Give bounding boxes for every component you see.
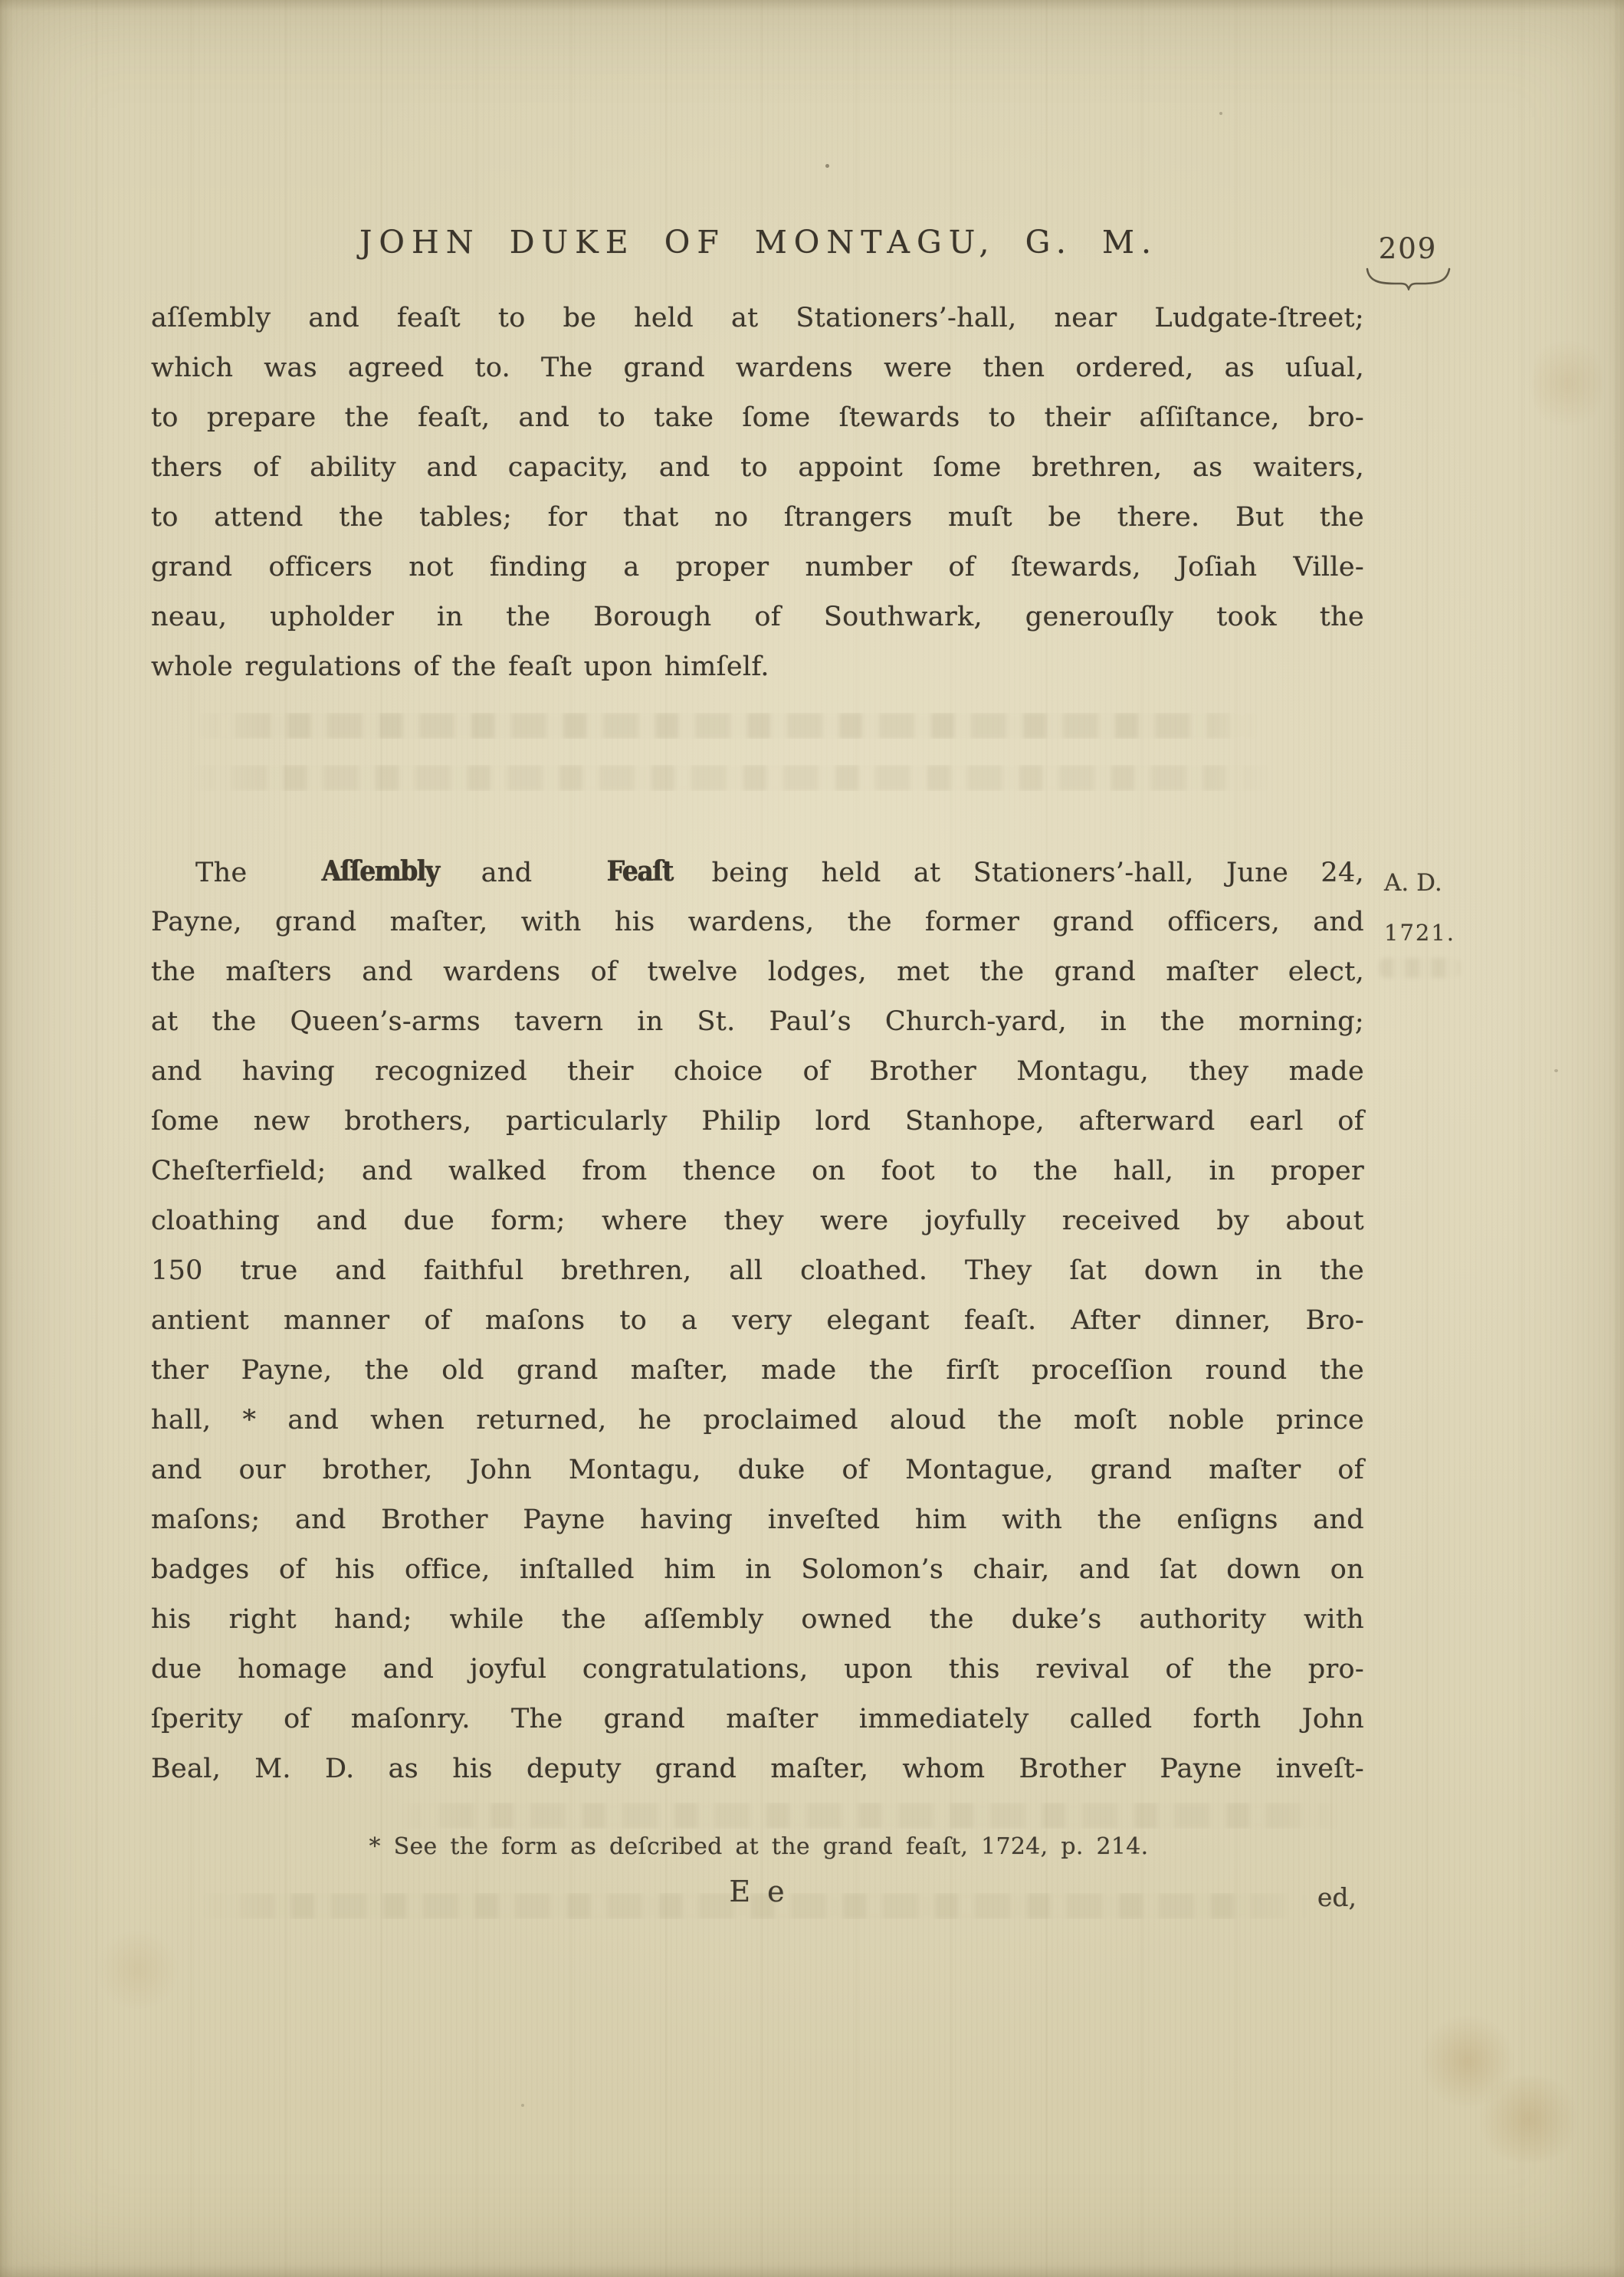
page-number: 209 [1379,232,1438,265]
text-line: Cheſterfield; and walked from thence on … [151,1147,1364,1196]
show-through-artifact [399,1803,1341,1829]
show-through-artifact [1380,958,1460,978]
text-line: to attend the tables; for that no ſtrang… [151,493,1364,543]
text-line: cloathing and due form; where they were … [151,1196,1364,1246]
paragraph-1: aſſembly and feaſt to be held at Station… [151,294,1364,692]
paragraph-2: The Aſſembly and Feaſt being held at Sta… [151,848,1364,1794]
text-line: the maſters and wardens of twelve lodges… [151,947,1364,997]
running-header: JOHN DUKE OF MONTAGU, G. M. [153,224,1364,261]
blackletter-word: Aſſembly [280,845,438,897]
text-line: ther Payne, the old grand maſter, made t… [151,1346,1364,1396]
text-line: badges of his office, inſtalled him in S… [151,1545,1364,1595]
page-number-block: 209 [1350,232,1465,290]
margin-note: A. D. 1721. [1384,858,1455,958]
paper-speck [1554,1069,1558,1072]
catchword: ed, [1127,1882,1357,1912]
text-line: antient manner of maſons to a very elega… [151,1296,1364,1346]
stain-spot [1471,2077,1586,2161]
paper-speck [1219,112,1222,115]
text-line: at the Queen’s-arms tavern in St. Paul’s… [151,997,1364,1047]
text-line: due homage and joyful congratulations, u… [151,1645,1364,1695]
text-line: grand officers not finding a proper numb… [151,543,1364,592]
text-line: aſſembly and feaſt to be held at Station… [151,294,1364,343]
text-line: whole regulations of the feaſt upon himſ… [151,642,1364,692]
margin-note-line-2: 1721. [1384,908,1455,958]
show-through-artifact [192,765,1272,791]
text-line: and our brother, John Montagu, duke of M… [151,1445,1364,1495]
text-segment: and [448,858,564,888]
text-line: hall, * and when returned, he proclaimed… [151,1396,1364,1445]
text-line: neau, upholder in the Borough of Southwa… [151,592,1364,642]
text-line: ſperity of maſonry. The grand maſter imm… [151,1695,1364,1744]
text-line: his right hand; while the aſſembly owned… [151,1595,1364,1645]
text-line: Beal, M. D. as his deputy grand maſter, … [151,1744,1364,1794]
text-line: thers of ability and capacity, and to ap… [151,443,1364,493]
blackletter-word: Feaſt [565,845,673,897]
paper-speck [521,2104,524,2107]
paper-speck [825,164,829,168]
text-line: and having recognized their choice of Br… [151,1047,1364,1097]
book-page: JOHN DUKE OF MONTAGU, G. M. 209 aſſembly… [0,0,1624,2277]
text-line: maſons; and Brother Payne having inveſte… [151,1495,1364,1545]
text-line: The Aſſembly and Feaſt being held at Sta… [151,848,1364,897]
margin-note-line-1: A. D. [1384,858,1455,908]
text-line: which was agreed to. The grand wardens w… [151,343,1364,393]
text-line: 150 true and faithful brethren, all cloa… [151,1246,1364,1296]
text-line: ſome new brothers, particularly Philip l… [151,1097,1364,1147]
show-through-artifact [195,713,1261,739]
text-line: Payne, grand maſter, with his wardens, t… [151,897,1364,947]
stain-spot [92,1931,184,2008]
text-segment: The [195,858,280,888]
text-segment: being held at Stationers’-hall, June 24, [679,858,1364,888]
footnote: * See the form as deſcribed at the grand… [153,1833,1364,1860]
page-number-brace [1363,266,1453,290]
text-line: to prepare the feaſt, and to take ſome ſ… [151,393,1364,443]
stain-spot [1533,330,1602,437]
